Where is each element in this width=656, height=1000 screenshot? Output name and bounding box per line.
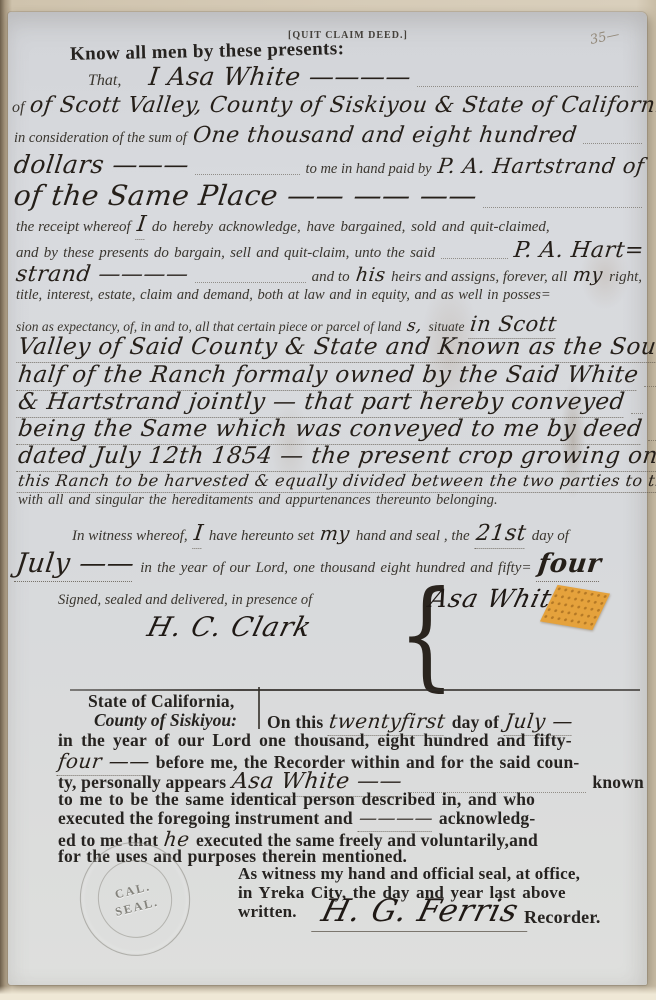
dotted-rule bbox=[631, 411, 643, 414]
receipt-post: do hereby acknowledge, have bargained, s… bbox=[152, 219, 550, 236]
dotted-rule bbox=[441, 256, 508, 259]
year-hw: four bbox=[535, 549, 602, 582]
grantor-name-hw: I Asa White ———— bbox=[148, 62, 414, 91]
presence-line: Signed, sealed and delivered, in presenc… bbox=[58, 592, 312, 609]
month-hw: July —— bbox=[14, 548, 136, 582]
witness-signature: H. C. Clark bbox=[144, 612, 315, 643]
dotted-rule bbox=[583, 141, 642, 144]
hand-seal-label: hand and seal , the bbox=[356, 528, 470, 545]
dotted-rule bbox=[483, 205, 642, 208]
attest-line-3: written. bbox=[238, 902, 297, 922]
that-label: That, bbox=[88, 72, 121, 90]
my-hw: my bbox=[319, 523, 351, 545]
heirs-line: strand ———— and to his heirs and assigns… bbox=[16, 262, 642, 287]
description-hw: & Hartstrand jointly — that part hereby … bbox=[16, 389, 626, 418]
dollars-hw: dollars ——— bbox=[12, 150, 191, 179]
presence-label: Signed, sealed and delivered, in presenc… bbox=[58, 592, 312, 609]
of-label: of bbox=[12, 99, 24, 117]
i-hw: I bbox=[192, 521, 205, 549]
hereunto-label: have hereunto set bbox=[209, 528, 314, 545]
his-hw: his bbox=[354, 264, 386, 286]
photograph-backdrop: 35— [QUIT CLAIM DEED.] Know all men by t… bbox=[0, 0, 656, 1000]
dotted-rule bbox=[195, 280, 306, 283]
county-divider bbox=[258, 687, 260, 729]
dollars-line: dollars ——— to me in hand paid by P. A. … bbox=[14, 150, 644, 179]
description-line-1: Valley of Said County & State and Known … bbox=[18, 334, 642, 363]
description-line-6: this Ranch to be harvested & equally div… bbox=[18, 471, 642, 493]
description-hw: being the Same which was conveyed to me … bbox=[16, 416, 644, 445]
dotted-rule bbox=[417, 84, 638, 87]
equity-text: title, interest, estate, claim and deman… bbox=[16, 287, 551, 304]
bargain-text: and by these presents do bargain, sell a… bbox=[16, 245, 435, 262]
grantee-residence-line: of the Same Place —— —— —— bbox=[14, 179, 642, 212]
in-witness-label: In witness whereof, bbox=[72, 528, 188, 545]
description-hw: half of the Ranch formaly owned by the S… bbox=[16, 362, 640, 391]
situate-label: situate bbox=[428, 319, 464, 335]
receipt-pre: the receipt whereof bbox=[16, 219, 131, 236]
equity-line: title, interest, estate, claim and deman… bbox=[16, 287, 642, 304]
grantee-hw-part1: P. A. Hart= bbox=[513, 238, 646, 263]
consideration-label: in consideration of the sum of bbox=[14, 130, 187, 147]
description-line-4: being the Same which was conveyed to me … bbox=[18, 416, 642, 445]
day-hw: 21st bbox=[474, 521, 528, 549]
embossed-seal-inner: CAL. SEAL. bbox=[90, 852, 181, 946]
day-of-label: day of bbox=[532, 528, 569, 545]
ack-year-text: in the year of our Lord one thousand, ei… bbox=[58, 730, 572, 751]
parcel-text: sion as expectancy, of, in and to, all t… bbox=[16, 319, 401, 335]
witness-clause-line-2: July —— in the year of our Lord, one tho… bbox=[16, 548, 646, 582]
state-line: State of California, bbox=[88, 691, 234, 712]
dotted-rule bbox=[195, 172, 299, 175]
grantee-name-hw: P. A. Hartstrand of bbox=[436, 154, 645, 178]
ack-acknowledg-label: acknowledg- bbox=[439, 808, 536, 829]
dotted-rule bbox=[644, 384, 656, 387]
bargain-line: and by these presents do bargain, sell a… bbox=[16, 238, 644, 263]
ack-identical-text: to me to be the same identical person de… bbox=[58, 789, 535, 810]
description-line-2: half of the Ranch formaly owned by the S… bbox=[18, 362, 642, 391]
heirs-post: right, bbox=[609, 269, 642, 286]
year-label: in the year of our Lord, one thousand ei… bbox=[140, 560, 531, 577]
county-line: County of Siskiyou: bbox=[94, 710, 237, 731]
ack-identical-line: to me to be the same identical person de… bbox=[58, 789, 644, 810]
ack-executed-text: executed the foregoing instrument and bbox=[58, 808, 353, 829]
land-s-hw: s, bbox=[406, 316, 424, 336]
recorder-label: Recorder. bbox=[524, 907, 601, 928]
receipt-line: the receipt whereof I do hereby acknowle… bbox=[16, 212, 642, 240]
description-hw: Valley of Said County & State and Known … bbox=[16, 334, 656, 363]
grantor-residence-hw: of Scott Valley, County of Siskiyou & St… bbox=[29, 93, 656, 118]
witness-clause-line-1: In witness whereof, I have hereunto set … bbox=[72, 521, 640, 549]
description-line-3: & Hartstrand jointly — that part hereby … bbox=[18, 389, 642, 418]
ack-year-line: in the year of our Lord one thousand, ei… bbox=[58, 730, 644, 751]
appurtenances-text: with all and singular the hereditaments … bbox=[18, 492, 498, 509]
dotted-rule bbox=[648, 438, 656, 441]
grantee-residence-hw: of the Same Place —— —— —— bbox=[12, 179, 479, 212]
appurtenances-line: with all and singular the hereditaments … bbox=[18, 492, 642, 509]
paid-by-label: to me in hand paid by bbox=[306, 161, 432, 178]
description-line-5: dated July 12th 1854 — the present crop … bbox=[18, 443, 642, 472]
grantee-hw-part2: strand ———— bbox=[14, 262, 190, 287]
description-hw: dated July 12th 1854 — the present crop … bbox=[16, 443, 656, 472]
amount-words-hw: One thousand and eight hundred bbox=[191, 123, 578, 148]
attest-line-1: As witness my hand and official seal, at… bbox=[238, 864, 580, 884]
receipt-i-hw: I bbox=[135, 212, 148, 240]
residence-line: of of Scott Valley, County of Siskiyou &… bbox=[12, 93, 642, 118]
my-hw: my bbox=[572, 264, 604, 286]
heirs-mid: heirs and assigns, forever, all bbox=[391, 269, 567, 286]
consideration-line: in consideration of the sum of One thous… bbox=[14, 123, 642, 148]
heirs-pre: and to bbox=[312, 269, 350, 286]
grantor-line: That, I Asa White ———— bbox=[88, 62, 638, 91]
recorder-signature: H. G. Ferris bbox=[311, 893, 536, 932]
description-hw: this Ranch to be harvested & equally div… bbox=[17, 471, 656, 493]
